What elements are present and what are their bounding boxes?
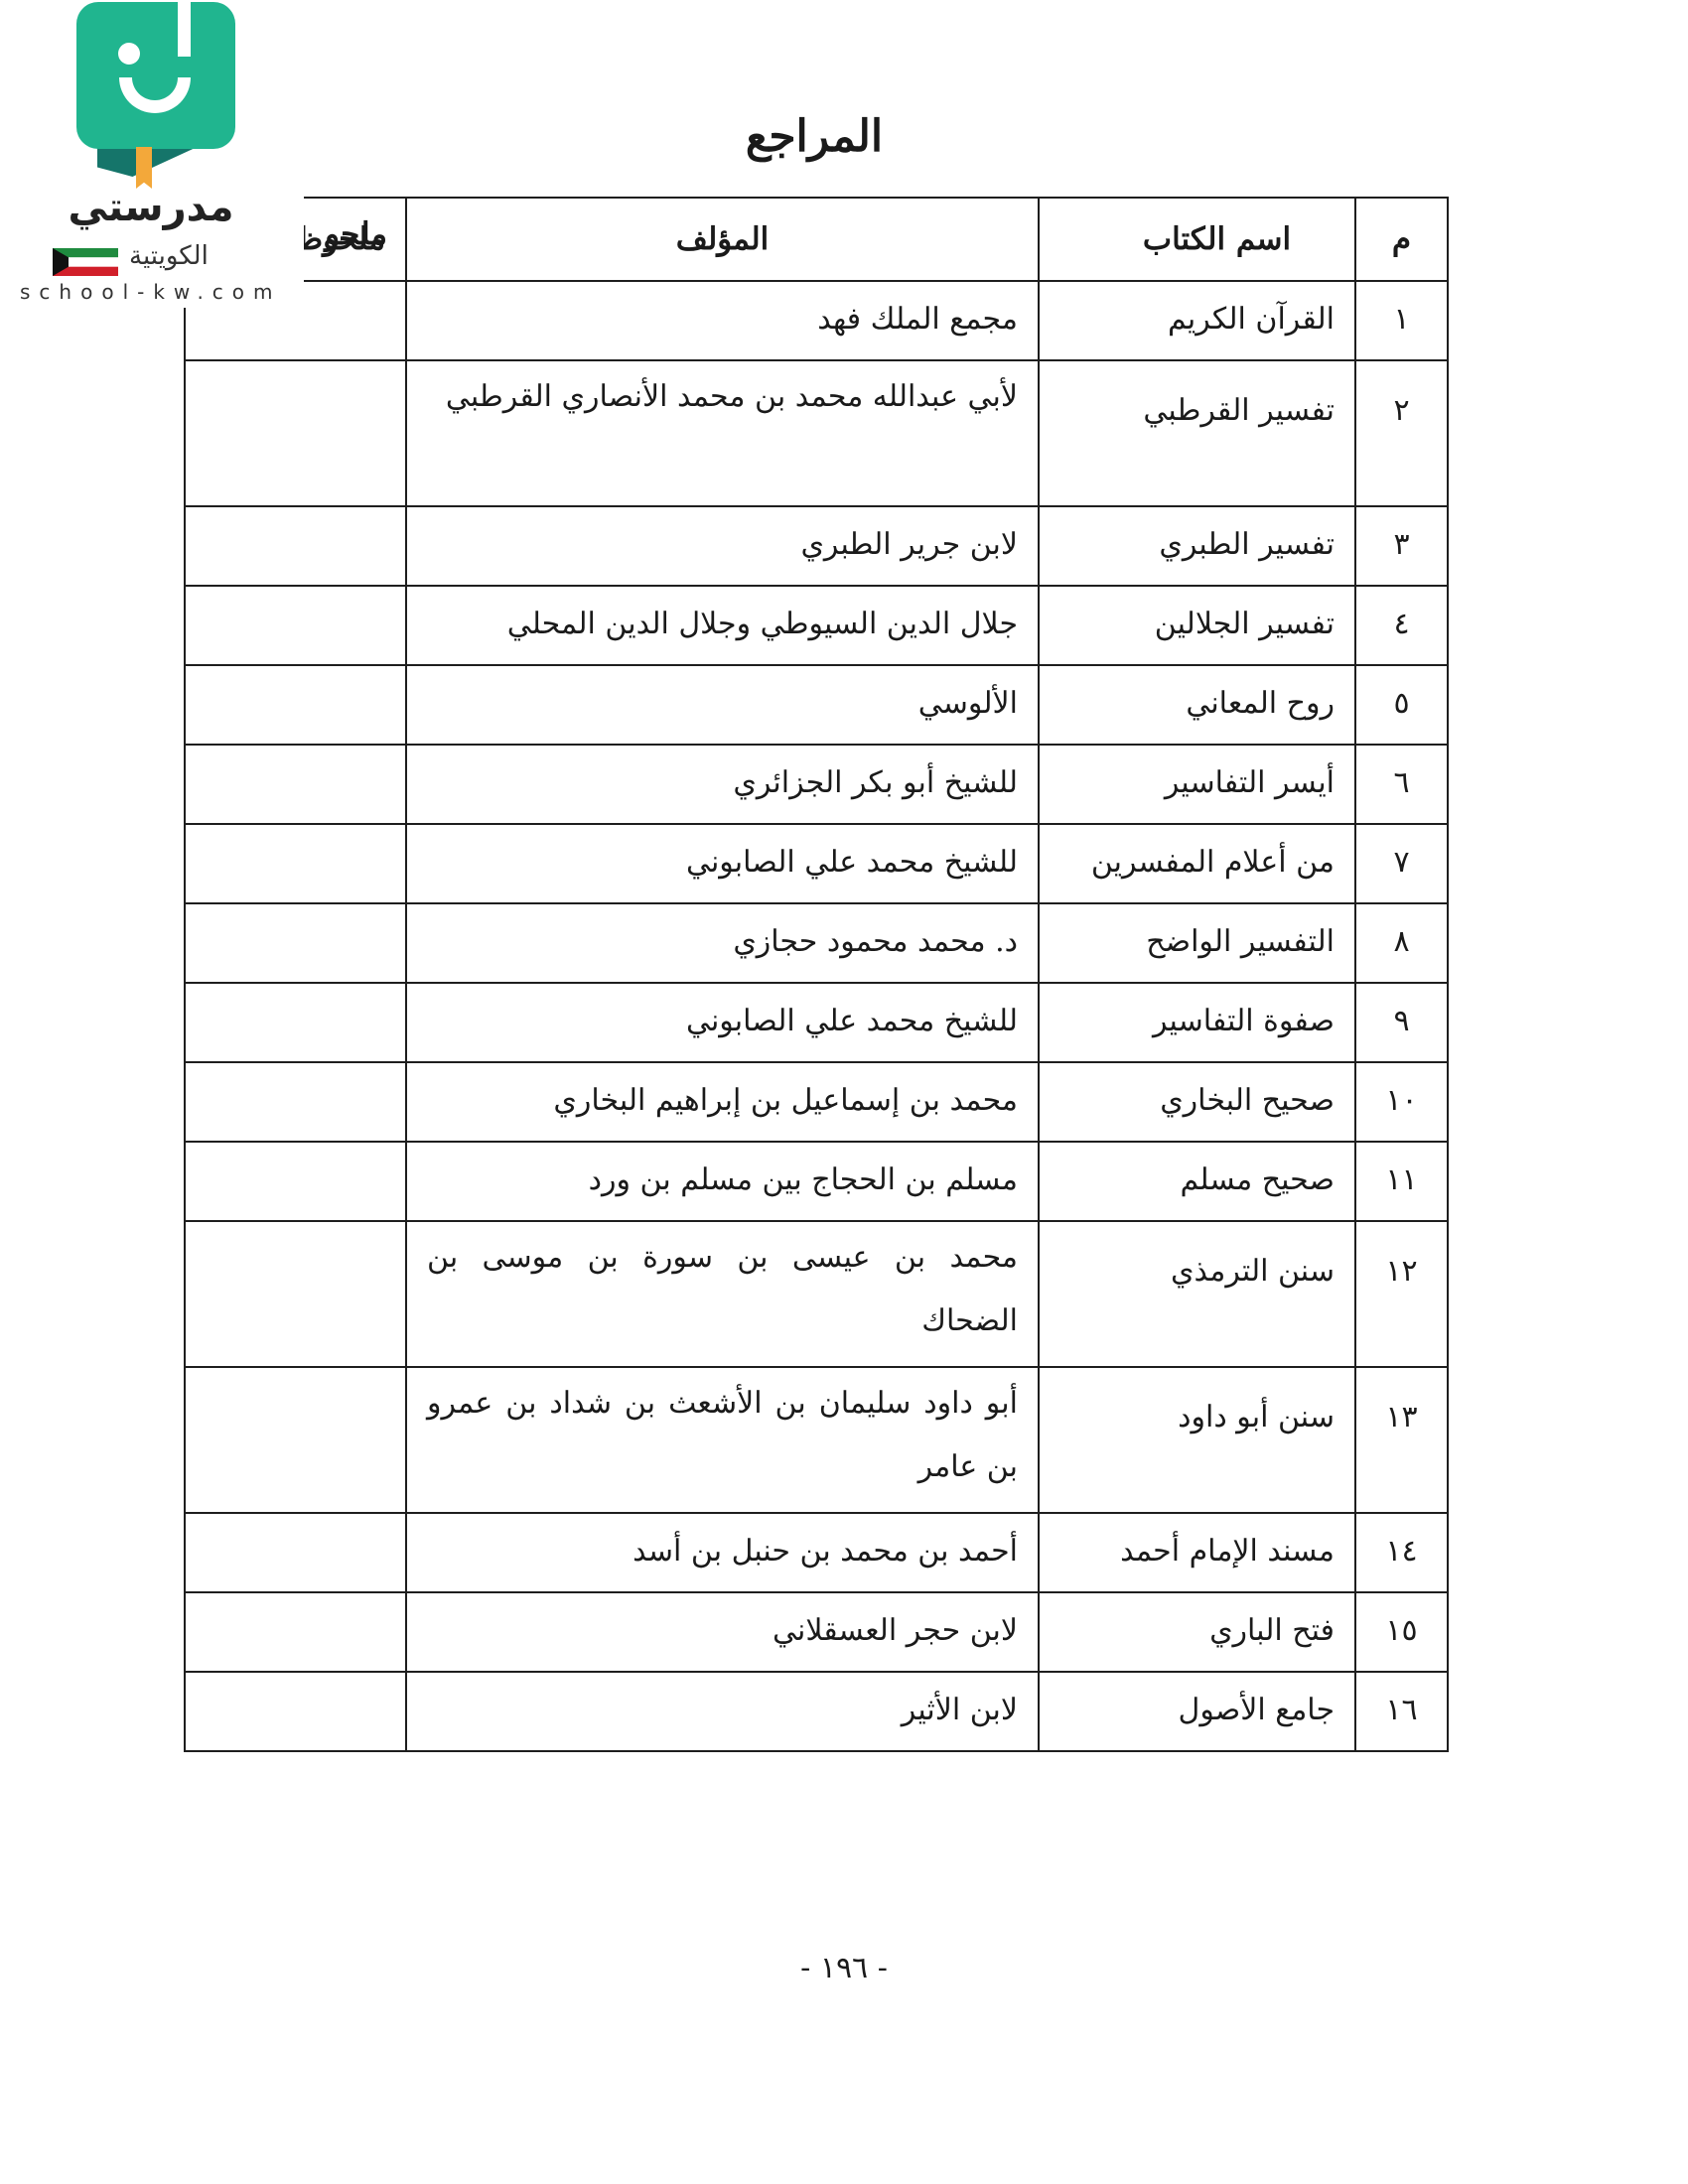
table-row: ٨ التفسير الواضح د. محمد محمود حجازي (185, 903, 1448, 983)
row-num: ١١ (1355, 1142, 1448, 1221)
row-book: فتح الباري (1039, 1592, 1355, 1672)
row-notes (185, 1221, 406, 1367)
row-num: ٥ (1355, 665, 1448, 745)
row-notes (185, 360, 406, 506)
row-notes (185, 903, 406, 983)
logo-badge-icon (76, 2, 235, 149)
row-num: ٤ (1355, 586, 1448, 665)
row-num: ١٣ (1355, 1367, 1448, 1513)
logo-subtitle: الكويتية (129, 241, 209, 271)
row-book: صحيح مسلم (1039, 1142, 1355, 1221)
bookmark-icon (136, 147, 152, 189)
row-num: ١٤ (1355, 1513, 1448, 1592)
row-author: أبو داود سليمان بن الأشعث بن شداد بن عمر… (406, 1367, 1039, 1513)
row-notes (185, 745, 406, 824)
table-row: ٥ روح المعاني الألوسي (185, 665, 1448, 745)
row-num: ١٠ (1355, 1062, 1448, 1142)
table-row: ١٥ فتح الباري لابن حجر العسقلاني (185, 1592, 1448, 1672)
row-author: لابن الأثير (406, 1672, 1039, 1751)
table-row: ٧ من أعلام المفسرين للشيخ محمد علي الصاب… (185, 824, 1448, 903)
page-number: - ١٩٦ - (745, 1951, 943, 1985)
row-book: صحيح البخاري (1039, 1062, 1355, 1142)
row-num: ١٥ (1355, 1592, 1448, 1672)
logo-url: school-kw.com (20, 280, 282, 304)
table-row: ٣ تفسير الطبري لابن جرير الطبري (185, 506, 1448, 586)
notes-header-label: ملحو (325, 216, 387, 252)
logo-stroke-shape (178, 2, 191, 57)
table-row: ١٦ جامع الأصول لابن الأثير (185, 1672, 1448, 1751)
header-author: المؤلف (406, 198, 1039, 281)
row-author: الألوسي (406, 665, 1039, 745)
row-book: مسند الإمام أحمد (1039, 1513, 1355, 1592)
row-notes (185, 1062, 406, 1142)
row-author: للشيخ أبو بكر الجزائري (406, 745, 1039, 824)
row-notes (185, 586, 406, 665)
table-row: ١٠ صحيح البخاري محمد بن إسماعيل بن إبراه… (185, 1062, 1448, 1142)
row-num: ٨ (1355, 903, 1448, 983)
row-author: مسلم بن الحجاج بين مسلم بن ورد (406, 1142, 1039, 1221)
school-kw-logo[interactable]: مدرستي الكويتية school-kw.com (0, 0, 304, 308)
row-author: محمد بن إسماعيل بن إبراهيم البخاري (406, 1062, 1039, 1142)
table-row: ١١ صحيح مسلم مسلم بن الحجاج بين مسلم بن … (185, 1142, 1448, 1221)
row-author: لابن حجر العسقلاني (406, 1592, 1039, 1672)
row-notes (185, 983, 406, 1062)
row-author: لابن جرير الطبري (406, 506, 1039, 586)
row-author: جلال الدين السيوطي وجلال الدين المحلي (406, 586, 1039, 665)
table-row: ١٣ سنن أبو داود أبو داود سليمان بن الأشع… (185, 1367, 1448, 1513)
row-author: أحمد بن محمد بن حنبل بن أسد (406, 1513, 1039, 1592)
logo-name: مدرستي (52, 185, 250, 230)
table-row: ١٤ مسند الإمام أحمد أحمد بن محمد بن حنبل… (185, 1513, 1448, 1592)
table-row: ٤ تفسير الجلالين جلال الدين السيوطي وجلا… (185, 586, 1448, 665)
row-author: للشيخ محمد علي الصابوني (406, 824, 1039, 903)
table-row: ١٢ سنن الترمذي محمد بن عيسى بن سورة بن م… (185, 1221, 1448, 1367)
header-num: م (1355, 198, 1448, 281)
row-notes (185, 1672, 406, 1751)
row-book: جامع الأصول (1039, 1672, 1355, 1751)
row-book: تفسير القرطبي (1039, 360, 1355, 506)
row-book: روح المعاني (1039, 665, 1355, 745)
page-title: المراجع (695, 111, 933, 162)
row-author: مجمع الملك فهد (406, 281, 1039, 360)
row-notes (185, 506, 406, 586)
table-row: ١ القرآن الكريم مجمع الملك فهد (185, 281, 1448, 360)
row-num: ٦ (1355, 745, 1448, 824)
row-num: ١ (1355, 281, 1448, 360)
references-table: م اسم الكتاب المؤلف ملحوظات ١ القرآن الك… (184, 197, 1449, 1752)
table-row: ٢ تفسير القرطبي لأبي عبدالله محمد بن محم… (185, 360, 1448, 506)
row-notes (185, 1513, 406, 1592)
row-num: ٣ (1355, 506, 1448, 586)
logo-eye-shape (118, 43, 140, 65)
row-author: د. محمد محمود حجازي (406, 903, 1039, 983)
row-notes (185, 665, 406, 745)
row-book: تفسير الجلالين (1039, 586, 1355, 665)
table-row: ٦ أيسر التفاسير للشيخ أبو بكر الجزائري (185, 745, 1448, 824)
row-book: أيسر التفاسير (1039, 745, 1355, 824)
row-author: لأبي عبدالله محمد بن محمد الأنصاري القرط… (406, 360, 1039, 506)
notes-header-visible: ملحو (304, 197, 405, 278)
row-num: ٧ (1355, 824, 1448, 903)
row-book: تفسير الطبري (1039, 506, 1355, 586)
row-notes (185, 824, 406, 903)
row-num: ٩ (1355, 983, 1448, 1062)
row-book: سنن الترمذي (1039, 1221, 1355, 1367)
row-notes (185, 1142, 406, 1221)
row-author: للشيخ محمد علي الصابوني (406, 983, 1039, 1062)
row-num: ١٢ (1355, 1221, 1448, 1367)
row-notes (185, 1367, 406, 1513)
row-book: التفسير الواضح (1039, 903, 1355, 983)
row-book: صفوة التفاسير (1039, 983, 1355, 1062)
row-author: محمد بن عيسى بن سورة بن موسى بن الضحاك (406, 1221, 1039, 1367)
header-book: اسم الكتاب (1039, 198, 1355, 281)
row-notes (185, 1592, 406, 1672)
row-num: ٢ (1355, 360, 1448, 506)
row-book: سنن أبو داود (1039, 1367, 1355, 1513)
kuwait-flag-icon (53, 248, 118, 276)
row-book: القرآن الكريم (1039, 281, 1355, 360)
table-row: ٩ صفوة التفاسير للشيخ محمد علي الصابوني (185, 983, 1448, 1062)
row-num: ١٦ (1355, 1672, 1448, 1751)
row-book: من أعلام المفسرين (1039, 824, 1355, 903)
